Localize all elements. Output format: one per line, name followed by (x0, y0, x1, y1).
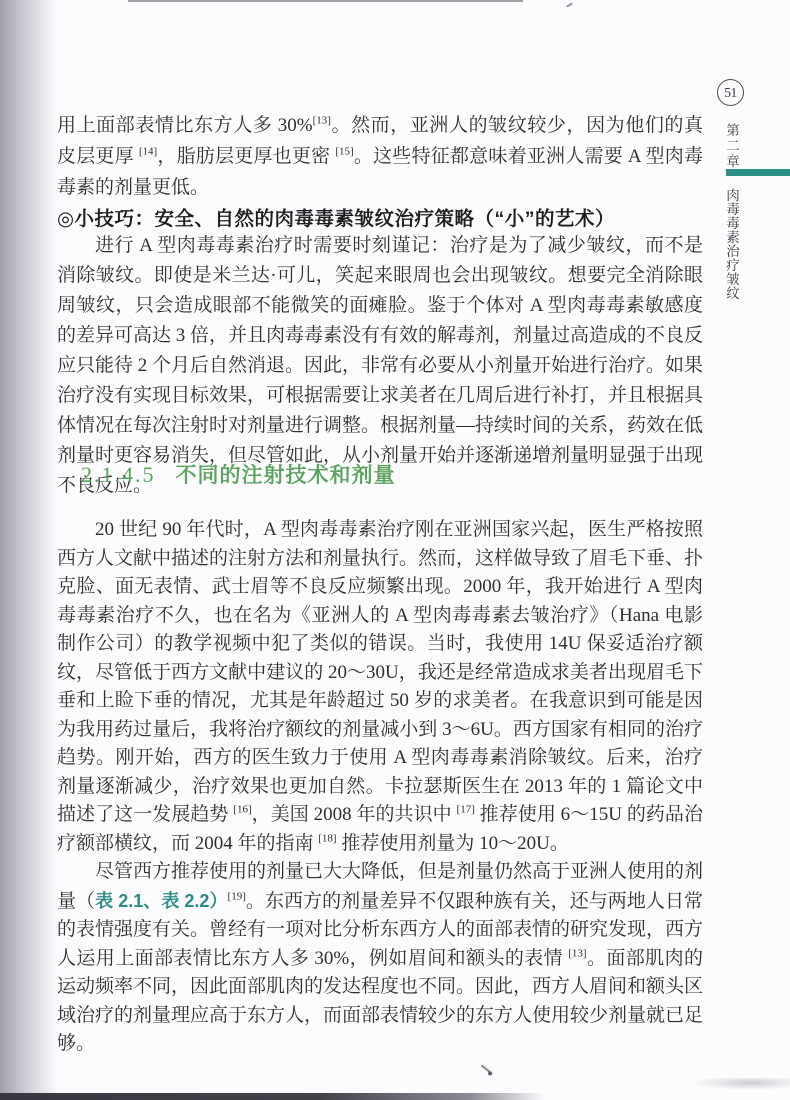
citation-ref: [13] (568, 947, 586, 959)
scan-speck-small (566, 2, 573, 7)
book-page: 51 第二章 肉毒毒素治疗皱纹 用上面部表情比东方人多 30%[13]。然而，亚… (0, 0, 790, 1100)
chapter-title-vertical: 肉毒毒素治疗皱纹 (721, 188, 741, 300)
citation-ref: [17] (457, 804, 475, 816)
citation-ref: [14] (139, 146, 157, 158)
section-title: 不同的注射技术和剂量 (176, 464, 396, 487)
margin-accent-bar (726, 169, 790, 176)
text-run: ，美国 2008 年的共识中 (252, 804, 457, 825)
paragraph-history: 20 世纪 90 年代时，A 型肉毒毒素治疗刚在亚洲国家兴起，医生严格按照西方人… (57, 516, 703, 858)
body-text-flow: 20 世纪 90 年代时，A 型肉毒毒素治疗刚在亚洲国家兴起，医生严格按照西方人… (57, 516, 703, 1059)
citation-ref: [16] (233, 804, 251, 816)
scan-bottom-edge-strip (0, 1093, 545, 1100)
citation-ref: [13] (313, 115, 331, 127)
tip-box: ◎小技巧：安全、自然的肉毒毒素皱纹治疗策略（“小”的艺术） 进行 A 型肉毒毒素… (57, 203, 703, 501)
paragraph-dose: 尽管西方推荐使用的剂量已大大降低，但是剂量仍然高于亚洲人使用的剂量（表 2.1、… (57, 858, 703, 1059)
page-number-badge: 51 (717, 79, 744, 106)
text-run: 20 世纪 90 年代时，A 型肉毒毒素治疗刚在亚洲国家兴起，医生严格按照西方人… (57, 519, 703, 825)
chapter-label-vertical: 第二章 (721, 123, 741, 170)
scan-speck (481, 1065, 492, 1074)
page-number: 51 (724, 85, 737, 101)
section-number: 2.1.4.5 (81, 462, 156, 487)
text-run: 用上面部表情比东方人多 30% (57, 115, 313, 136)
table-reference: 表 2.1、表 2.2） (95, 891, 227, 911)
scan-smudge (690, 1078, 790, 1090)
scan-top-edge-line (128, 0, 523, 2)
text-run: 推荐使用剂量为 10～20U。 (337, 833, 569, 854)
tip-heading: ◎小技巧：安全、自然的肉毒毒素皱纹治疗策略（“小”的艺术） (57, 203, 703, 231)
page-gutter-shadow (0, 0, 58, 1100)
paragraph-intro: 用上面部表情比东方人多 30%[13]。然而，亚洲人的皱纹较少，因为他们的真皮层… (57, 110, 703, 203)
citation-ref: [15] (335, 146, 353, 158)
section-heading: 2.1.4.5 不同的注射技术和剂量 (81, 459, 396, 489)
citation-ref: [18] (318, 832, 336, 844)
citation-ref: [19] (228, 890, 246, 902)
text-run: ，脂肪层更厚也更密 (157, 146, 335, 167)
